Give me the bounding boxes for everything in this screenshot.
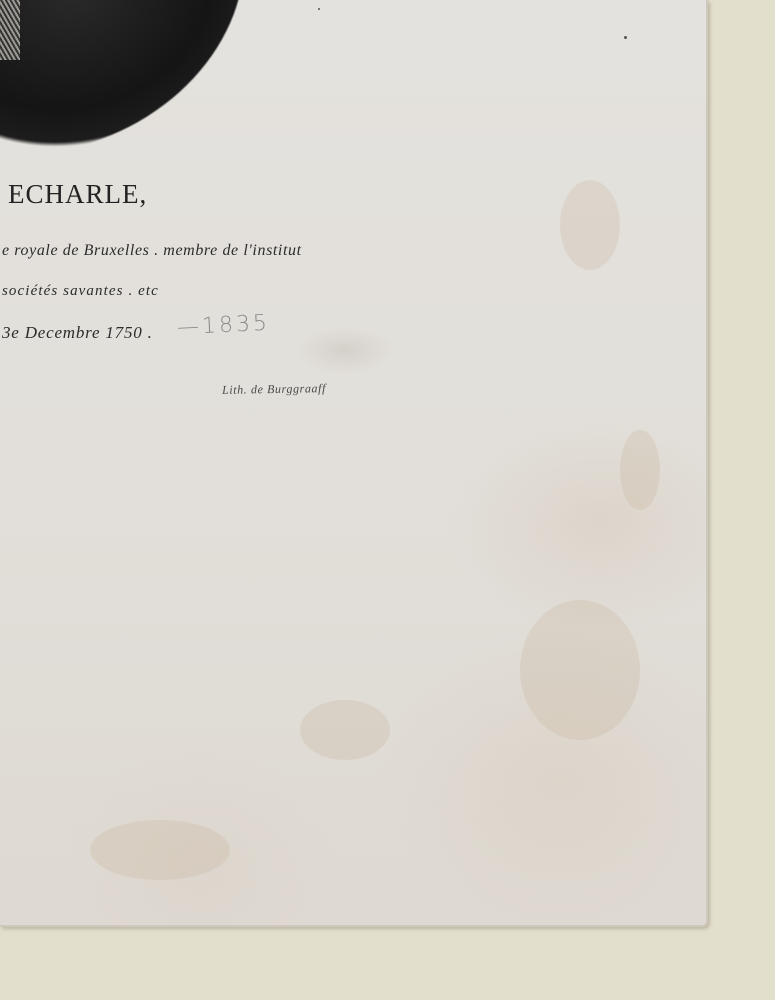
foxing-stain [520, 600, 640, 740]
caption-line-1: e royale de Bruxelles . membre de l'inst… [2, 242, 302, 260]
ink-speck [624, 36, 627, 39]
ink-speck [318, 8, 320, 10]
caption-line-3: 3e Decembre 1750 . [2, 323, 153, 343]
print-paper-sheet: ECHARLE, e royale de Bruxelles . membre … [0, 0, 708, 927]
foxing-stain [300, 700, 390, 760]
caption-line-2: sociétés savantes . etc [2, 283, 159, 300]
lithographer-credit: Lith. de Burggraaff [222, 381, 326, 398]
pencil-annotation: —1835 [176, 311, 270, 341]
print-title: ECHARLE, [8, 179, 147, 210]
foxing-stain [620, 430, 660, 510]
foxing-stain [560, 180, 620, 270]
portrait-collar-illustration [0, 0, 20, 60]
foxing-stain [90, 820, 230, 880]
portrait-coat-illustration [0, 0, 291, 170]
